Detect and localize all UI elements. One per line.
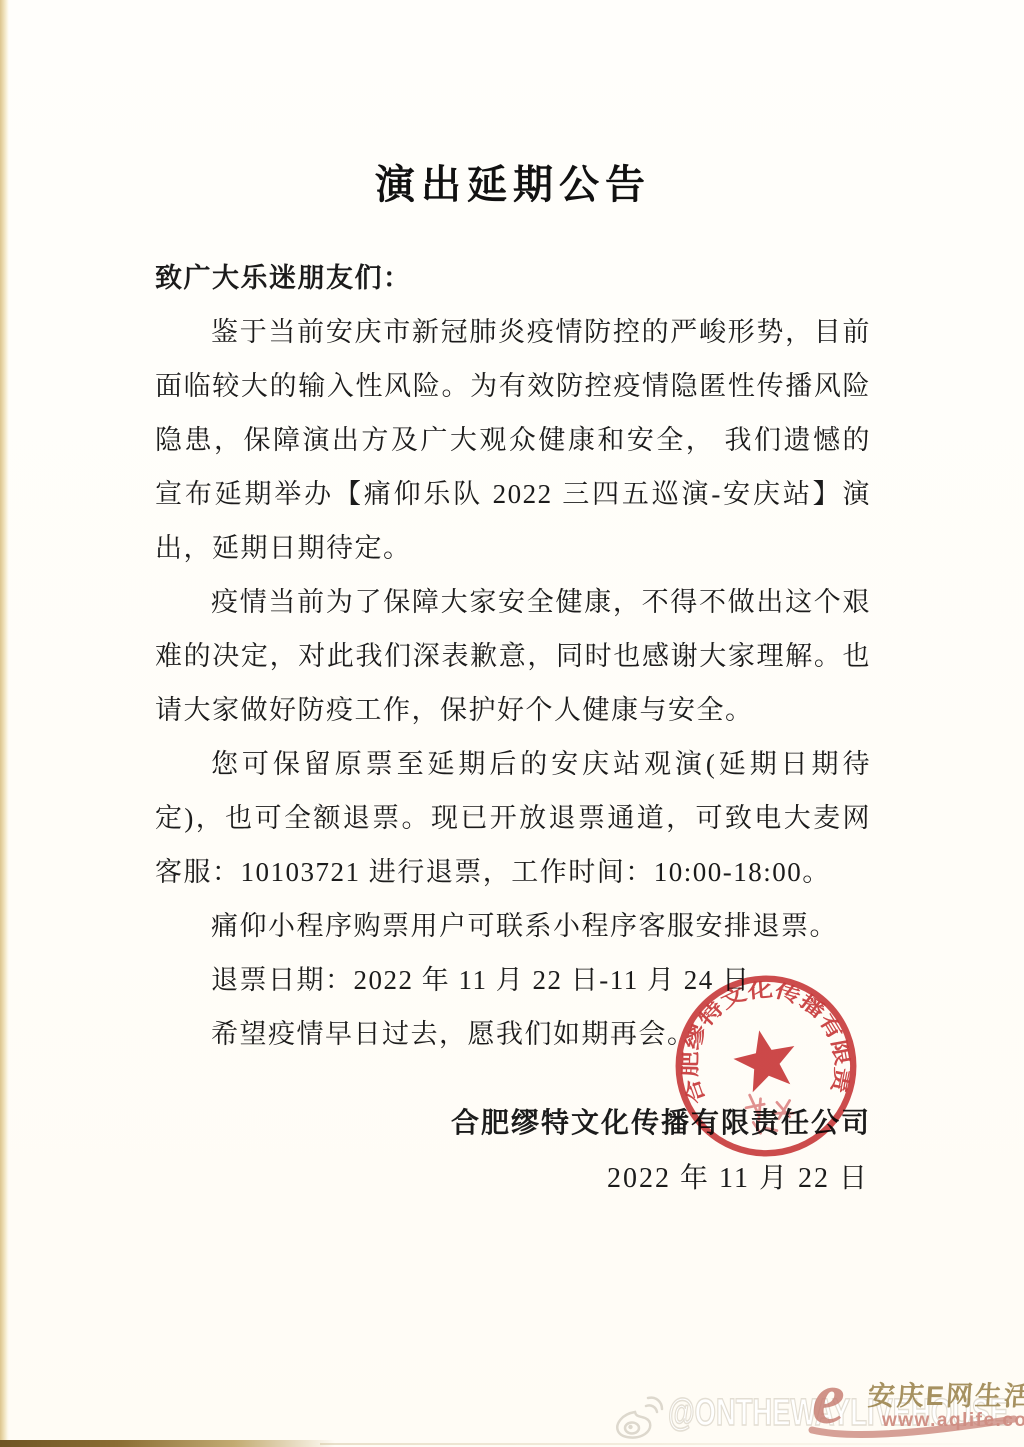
salutation: 致广大乐迷朋友们： [155, 251, 871, 305]
aqlife-site-name: 安庆E网生活 [867, 1374, 1024, 1413]
page-left-edge [0, 0, 9, 1447]
aqlife-logo: e 安庆E网生活 www.aqlife.com [806, 1360, 1024, 1447]
page-bottom-edge [0, 1440, 335, 1447]
scanned-page: 演出延期公告 致广大乐迷朋友们： 鉴于当前安庆市新冠肺炎疫情防控的严峻形势，目前… [0, 0, 1024, 1447]
paragraph: 痛仰小程序购票用户可联系小程序客服安排退票。 [155, 899, 871, 953]
star-icon [733, 1030, 794, 1092]
paragraph: 您可保留原票至延期后的安庆站观演(延期日期待定)，也可全额退票。现已开放退票通道… [155, 737, 871, 899]
aqlife-site-url: www.aqlife.com [882, 1410, 1024, 1432]
company-seal-stamp: 合肥缪特文化传播有限责任公司 [666, 966, 866, 1166]
page-title: 演出延期公告 [155, 163, 871, 207]
weibo-icon [612, 1394, 664, 1442]
watermark-bar: @ONTHEWAYLIVEHOUSE e 安庆E网生活 www.aqlife.c… [0, 1360, 1024, 1447]
paragraph: 疫情当前为了保障大家安全健康，不得不做出这个艰难的决定，对此我们深表歉意，同时也… [155, 575, 871, 737]
seal-inner-marks [746, 1095, 793, 1133]
paragraph: 鉴于当前安庆市新冠肺炎疫情防控的严峻形势，目前面临较大的输入性风险。为有效防控疫… [155, 305, 871, 575]
